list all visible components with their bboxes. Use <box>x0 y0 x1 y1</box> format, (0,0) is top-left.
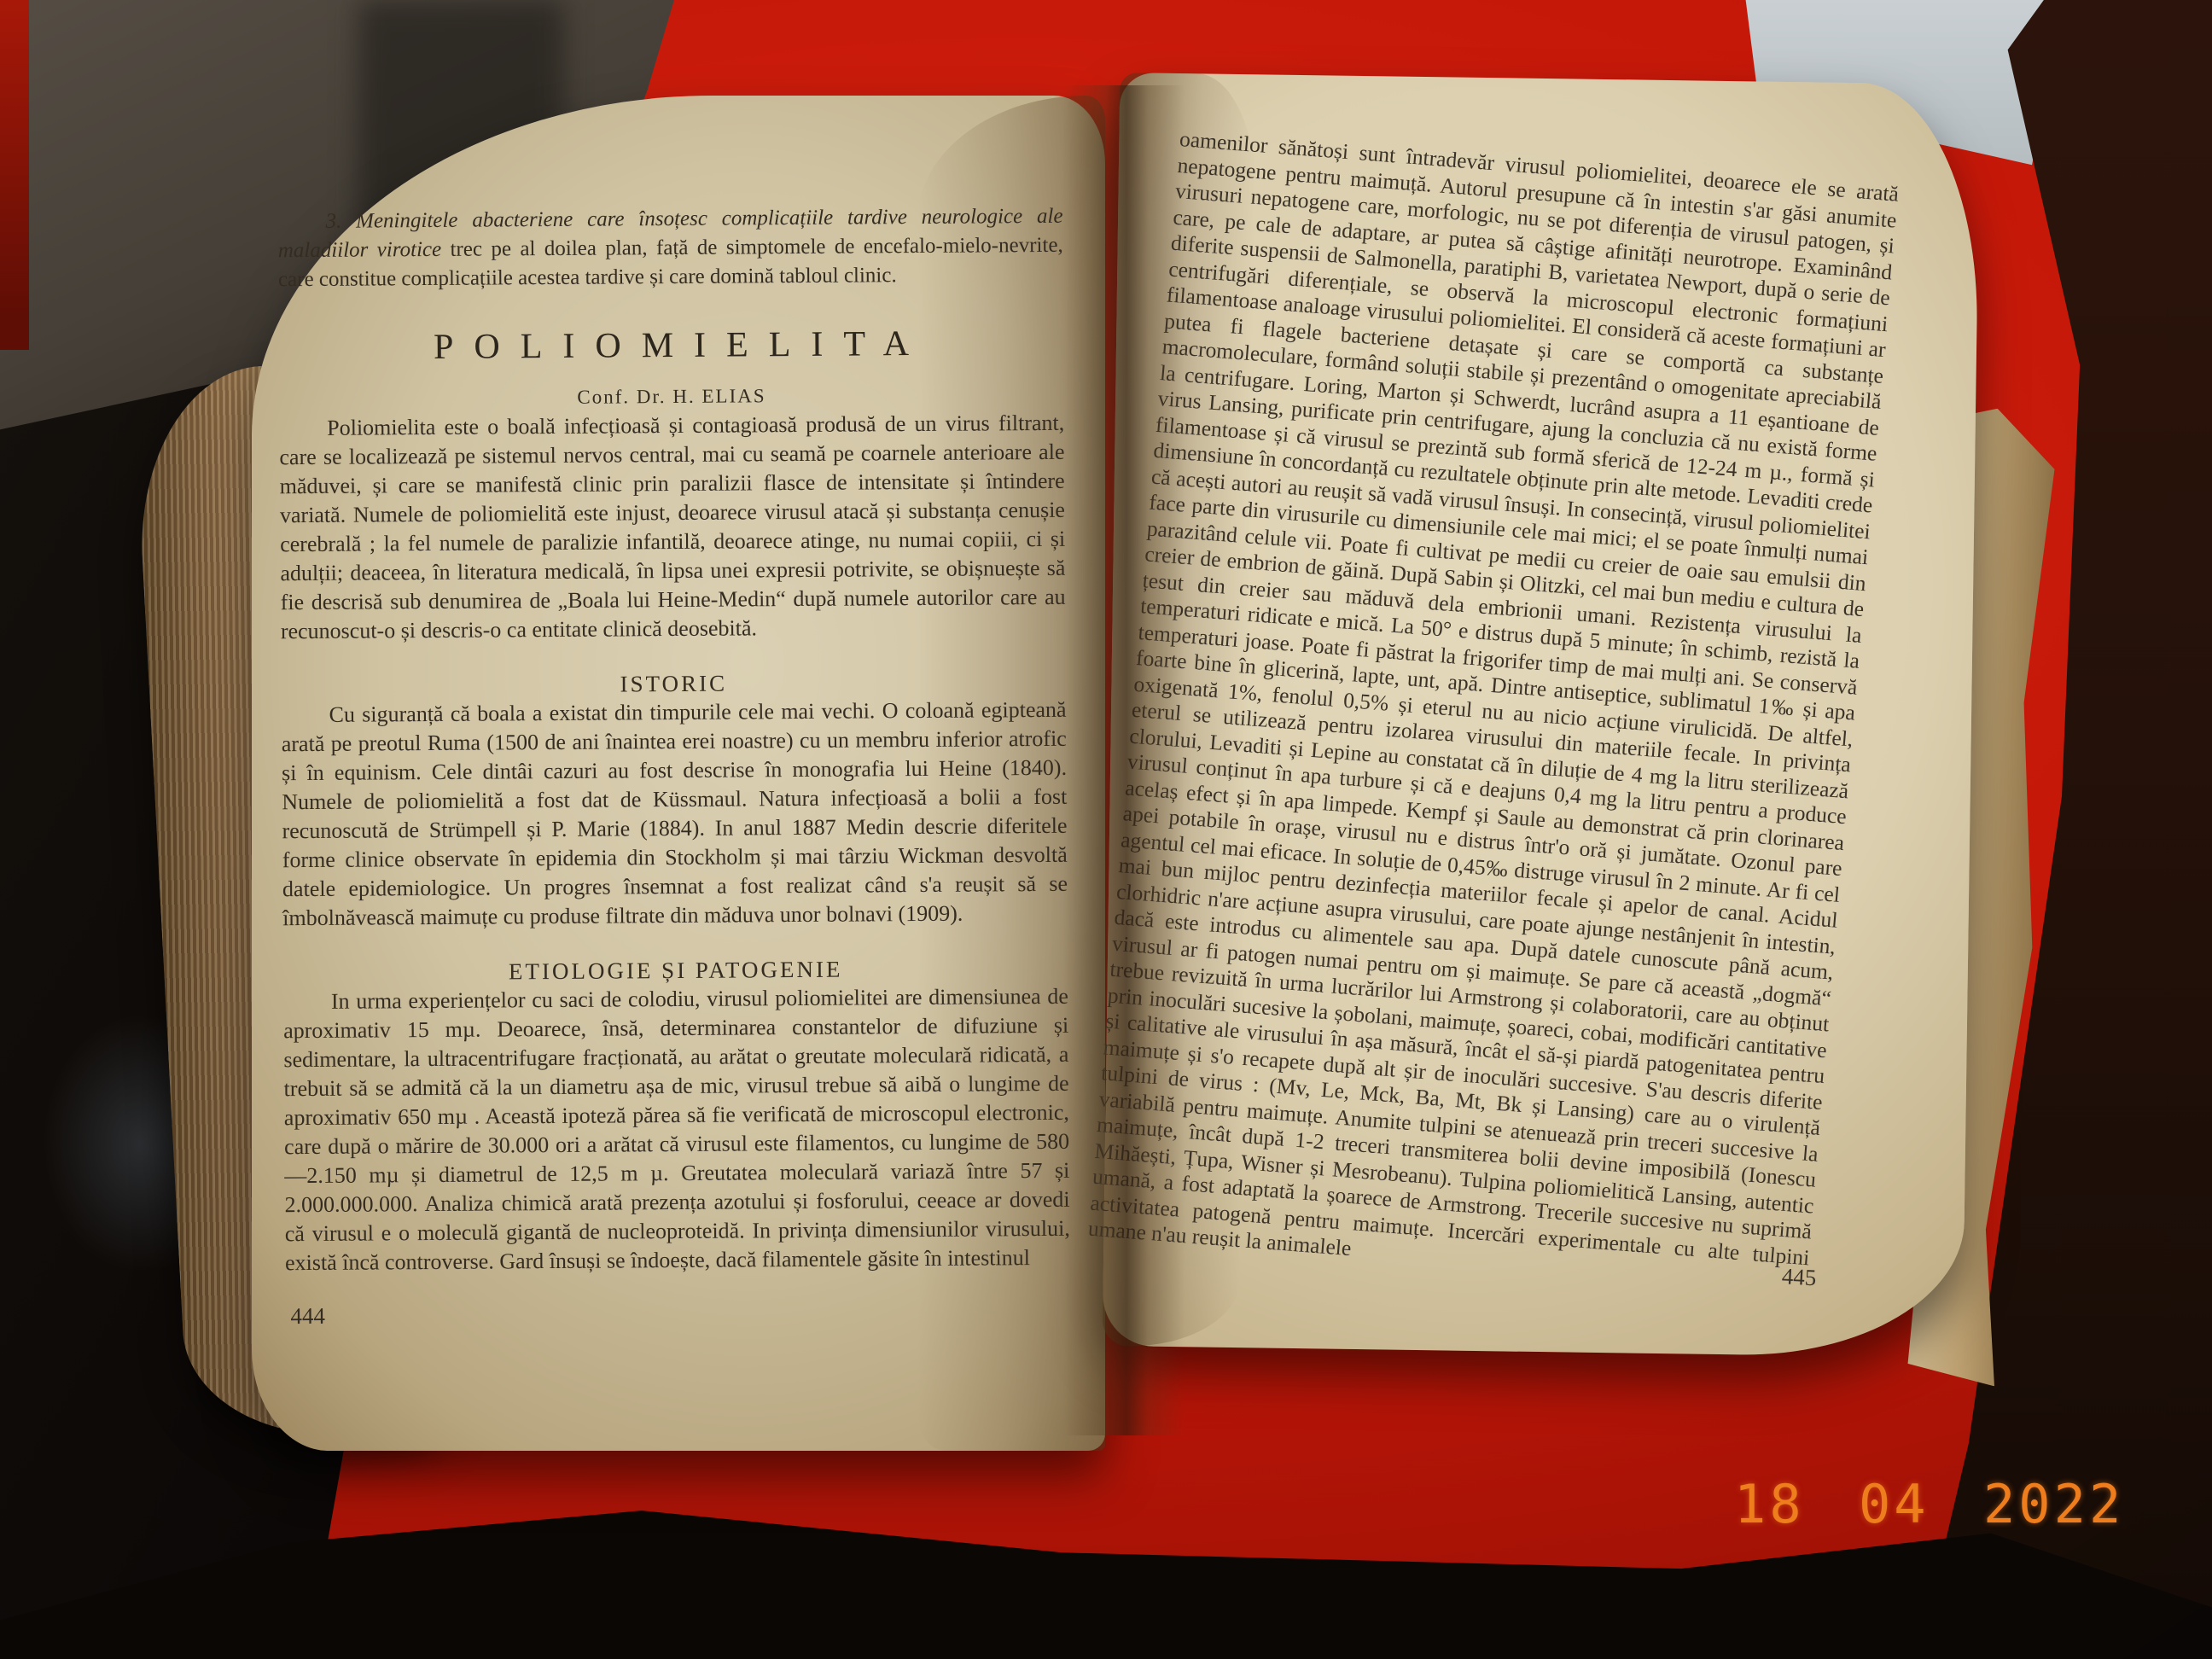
section-body-etiologie: In urma experiențelor cu saci de colodiu… <box>283 982 1070 1278</box>
chapter-title: POLIOMIELITA <box>278 329 1063 363</box>
book-gutter-shadow <box>1063 85 1185 1435</box>
section-body-istoric: Cu siguranță că boala a existat din timp… <box>281 696 1068 933</box>
page-number-left: 444 <box>285 1296 1070 1330</box>
book-page-left: 3. Meningitele abacteriene care însoțesc… <box>252 96 1105 1451</box>
page-number-right: 445 <box>1781 1263 1817 1291</box>
intro-paragraph: Poliomielita este o boală infecțioasă și… <box>279 409 1066 646</box>
book-page-right: oamenilor sănătoși sunt întradevăr virus… <box>1103 73 1981 1358</box>
red-cloth-edge-sliver <box>0 0 29 350</box>
camera-date-stamp: 18 04 2022 <box>1734 1473 2124 1535</box>
left-page-text-column: 3. Meningitele abacteriene care însoțesc… <box>277 202 1070 1330</box>
right-page-text-column: oamenilor sănătoși sunt întradevăr virus… <box>1087 126 1900 1297</box>
note-paragraph: 3. Meningitele abacteriene care însoțesc… <box>277 202 1063 294</box>
